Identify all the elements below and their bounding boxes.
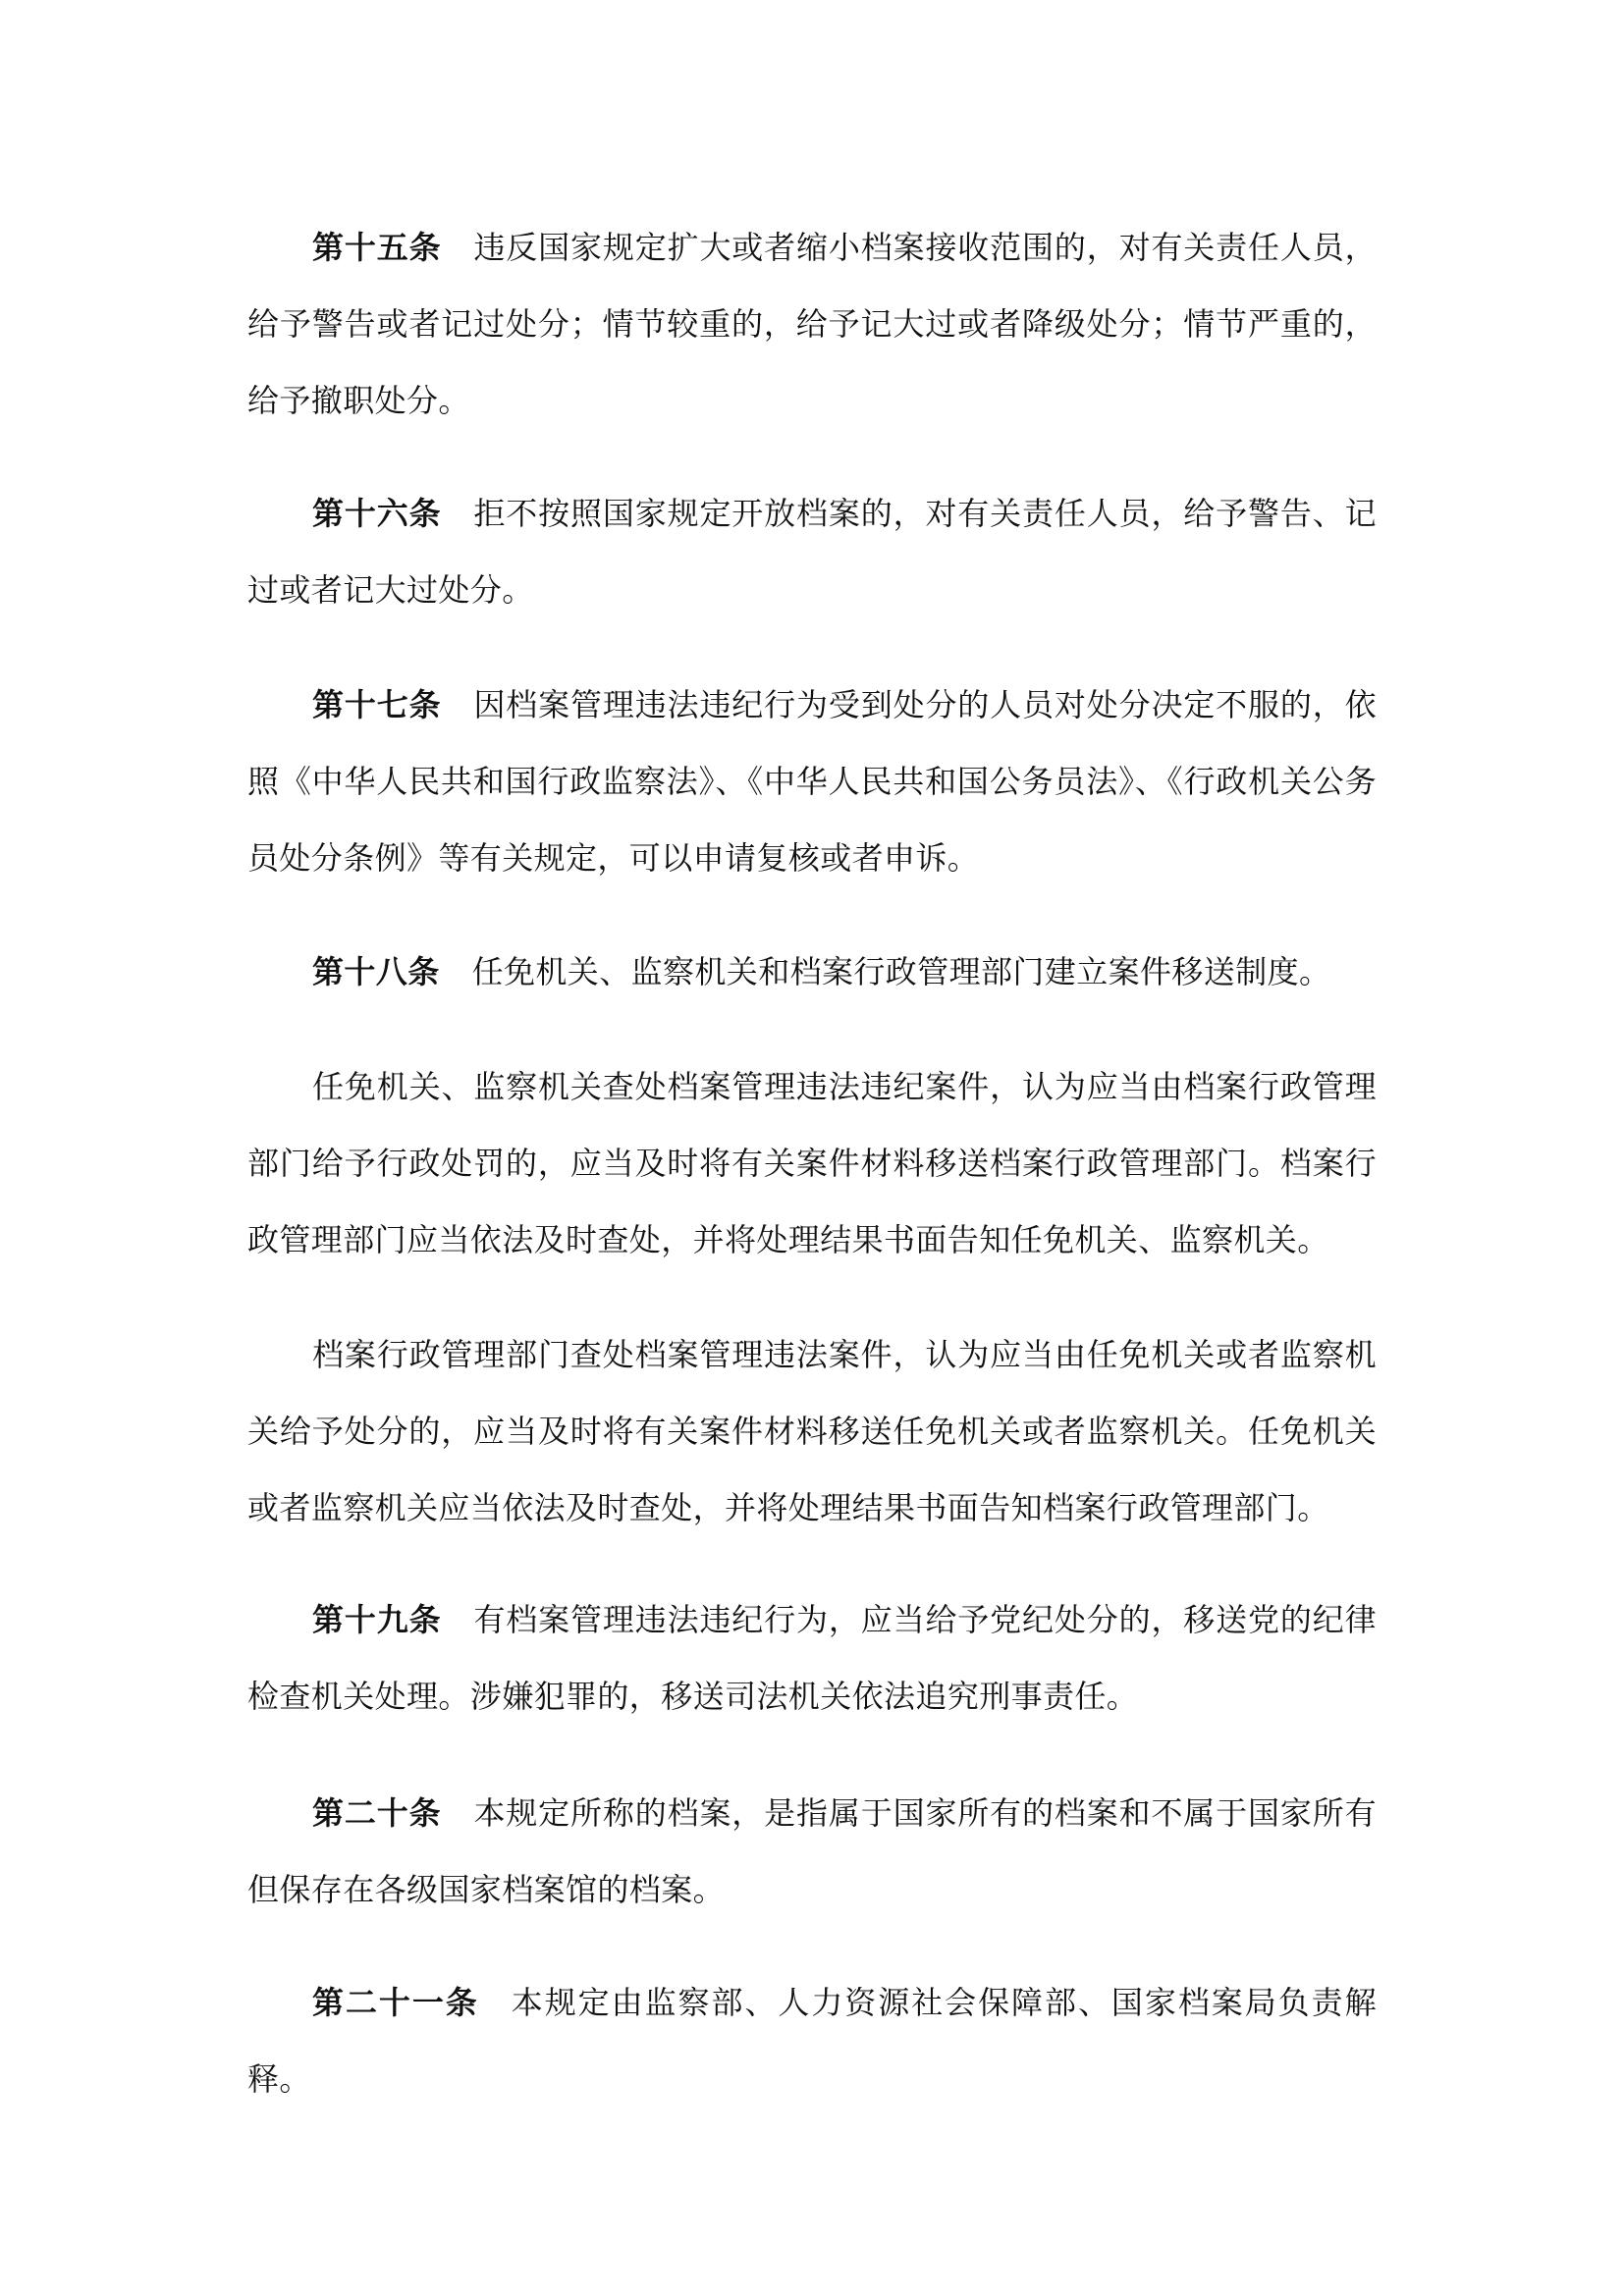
article-heading: 第十九条 <box>312 1601 441 1638</box>
article-16: 第十六条拒不按照国家规定开放档案的，对有关责任人员，给予警告、记过或者记大过处分… <box>247 475 1377 628</box>
article-21: 第二十一条本规定由监察部、人力资源社会保障部、国家档案局负责解释。 <box>247 1964 1377 2117</box>
article-body: 任免机关、监察机关和档案行政管理部门建立案件移送制度。 <box>472 953 1331 990</box>
article-20: 第二十条本规定所称的档案，是指属于国家所有的档案和不属于国家所有但保存在各级国家… <box>247 1775 1377 1928</box>
article-18-paragraph-2: 任免机关、监察机关查处档案管理违法违纪案件，认为应当由档案行政管理部门给予行政处… <box>247 1048 1377 1278</box>
article-heading: 第十六条 <box>312 495 441 532</box>
article-heading: 第二十条 <box>312 1794 441 1832</box>
article-body: 任免机关、监察机关查处档案管理违法违纪案件，认为应当由档案行政管理部门给予行政处… <box>247 1068 1377 1258</box>
article-18: 第十八条任免机关、监察机关和档案行政管理部门建立案件移送制度。 <box>247 934 1377 1010</box>
article-heading: 第十八条 <box>312 953 440 990</box>
article-heading: 第十五条 <box>312 229 441 266</box>
article-18-paragraph-3: 档案行政管理部门查处档案管理违法案件，认为应当由任免机关或者监察机关给予处分的，… <box>247 1316 1377 1546</box>
article-heading: 第十七条 <box>312 686 441 723</box>
article-15: 第十五条违反国家规定扩大或者缩小档案接收范围的，对有关责任人员，给予警告或者记过… <box>247 209 1377 439</box>
article-17: 第十七条因档案管理违法违纪行为受到处分的人员对处分决定不服的，依照《中华人民共和… <box>247 667 1377 896</box>
article-heading: 第二十一条 <box>312 1984 479 2021</box>
article-19: 第十九条有档案管理违法违纪行为，应当给予党纪处分的，移送党的纪律检查机关处理。涉… <box>247 1581 1377 1735</box>
article-body: 档案行政管理部门查处档案管理违法案件，认为应当由任免机关或者监察机关给予处分的，… <box>247 1336 1377 1526</box>
